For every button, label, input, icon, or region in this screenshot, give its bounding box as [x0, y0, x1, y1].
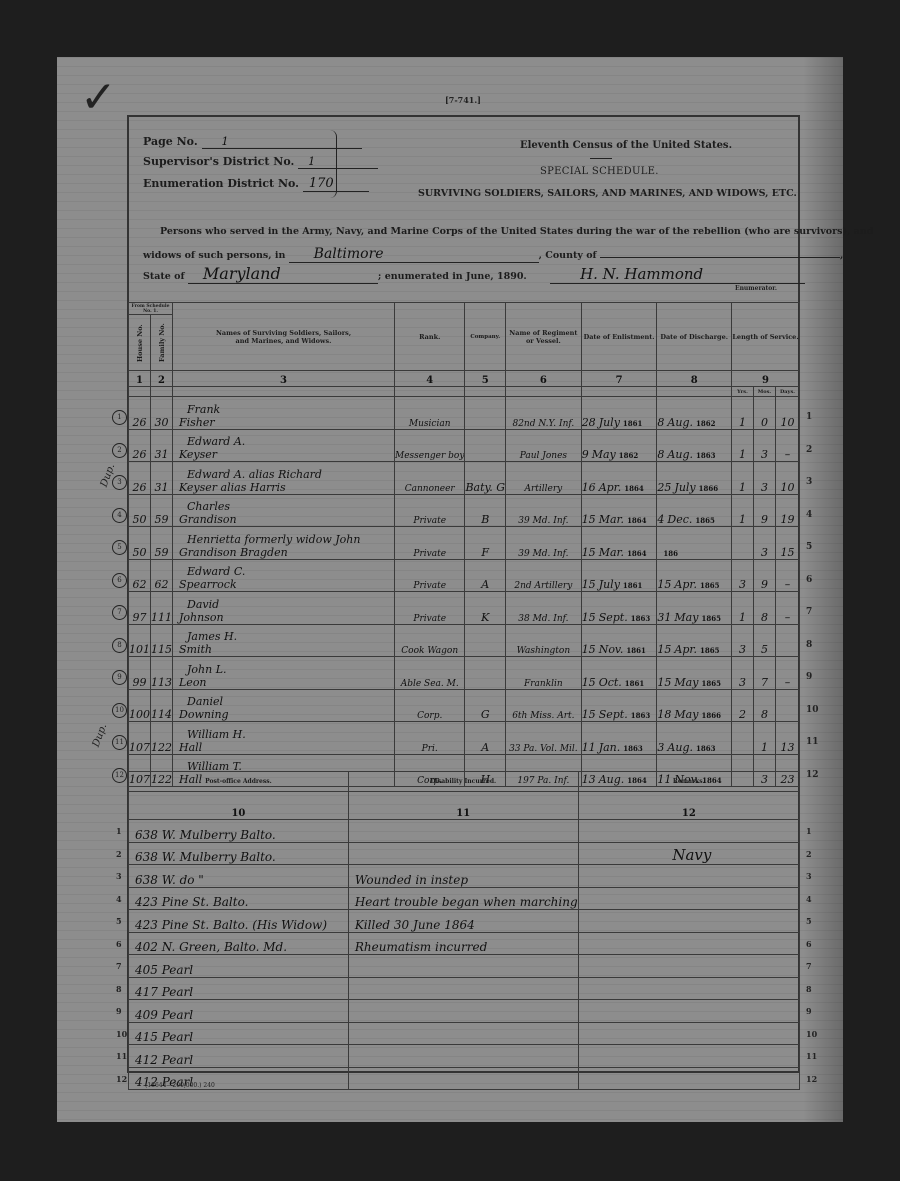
col-num-11: 11 — [348, 792, 578, 820]
enlistment-month: Oct. — [599, 676, 622, 689]
line-number: 3 — [806, 477, 812, 487]
enlistment-year: 1862 — [619, 451, 638, 460]
discharge-year: 1863 — [696, 744, 715, 753]
table-row: 638 W. Mulberry Balto. — [129, 820, 800, 843]
house-no-cell: 50 — [129, 527, 151, 560]
enlistment-cell: 15July1861 — [581, 559, 657, 592]
months-cell: 9 — [753, 559, 775, 592]
given-name: Daniel — [173, 695, 394, 708]
enlistment-month: July — [599, 578, 620, 591]
line-number: 6 — [806, 939, 812, 949]
title-divider — [590, 158, 612, 159]
table-row: 5059CharlesGrandisonPrivateB39 Md. Inf.1… — [129, 494, 800, 527]
days-cell: – — [776, 657, 800, 690]
rank-cell: Private — [395, 494, 465, 527]
col-num-6: 6 — [506, 371, 582, 387]
years-cell: 1 — [731, 429, 753, 462]
given-name: Edward C. — [173, 565, 394, 578]
rank-cell: Cannoneer — [395, 462, 465, 495]
soldiers-table: From Schedule No. 1. Names of Surviving … — [128, 302, 800, 787]
line-number: 2 — [806, 849, 812, 859]
table-row: 402 N. Green, Balto. Md.Rheumatism incur… — [129, 932, 800, 955]
discharge-month: Apr. — [674, 643, 697, 656]
table-row: 2630FrankFisherMusician82nd N.Y. Inf.28J… — [129, 397, 800, 430]
family-no-cell: 31 — [151, 462, 173, 495]
rank-cell: Private — [395, 592, 465, 625]
county-label: , County of — [539, 250, 597, 261]
discharge-month: July — [674, 481, 695, 494]
discharge-month: Aug. — [667, 448, 693, 461]
surname: Grandison Bragden — [173, 546, 394, 559]
discharge-month: Dec. — [667, 513, 692, 526]
table-row: 417 Pearl — [129, 977, 800, 1000]
enlistment-day: 15 — [582, 708, 596, 721]
company-cell — [465, 657, 506, 690]
address-cell: 423 Pine St. Balto. (His Widow) — [129, 910, 349, 933]
table-row: 638 W. Mulberry Balto.Navy — [129, 842, 800, 865]
days-cell: – — [776, 559, 800, 592]
enlistment-month: July — [599, 416, 620, 429]
discharge-header: Date of Discharge. — [657, 303, 732, 371]
enlistment-year: 1864 — [627, 549, 646, 558]
years-cell: 3 — [731, 624, 753, 657]
remarks-cell — [578, 910, 799, 933]
company-cell: G — [465, 689, 506, 722]
disability-cell — [348, 1045, 578, 1068]
surname: Keyser alias Harris — [173, 481, 394, 494]
disability-cell: Rheumatism incurred — [348, 932, 578, 955]
days-cell: 15 — [776, 527, 800, 560]
col-num-12: 12 — [578, 792, 799, 820]
name-cell: DanielDowning — [173, 689, 395, 722]
discharge-month: May — [674, 611, 698, 624]
rank-header: Rank. — [395, 303, 465, 371]
years-cell: 3 — [731, 559, 753, 592]
days-cell: 10 — [776, 397, 800, 430]
enlistment-month: Sept. — [599, 708, 628, 721]
enlistment-month: Nov. — [599, 643, 624, 656]
disability-cell — [348, 977, 578, 1000]
col-num-5: 5 — [465, 371, 506, 387]
given-name: William H. — [173, 728, 394, 741]
enlistment-day: 15 — [582, 611, 596, 624]
disability-cell — [348, 1022, 578, 1045]
address-table: Post-office Address. Disability Incurred… — [128, 771, 800, 1090]
discharge-day: 15 — [657, 676, 671, 689]
months-cell: 5 — [753, 624, 775, 657]
discharge-cell: 8Aug.1863 — [657, 429, 732, 462]
table-row: 5059Henrietta formerly widow JohnGrandis… — [129, 527, 800, 560]
remarks-cell — [578, 1000, 799, 1023]
address-cell: 402 N. Green, Balto. Md. — [129, 932, 349, 955]
table-row: 2631Edward A.KeyserMessenger boyPaul Jon… — [129, 429, 800, 462]
line-number: 12 — [806, 1074, 817, 1084]
address-cell: 415 Pearl — [129, 1022, 349, 1045]
line-number: 8 — [806, 640, 812, 650]
circled-line-number: 4 — [112, 508, 127, 523]
service-header: Length of Service. — [731, 303, 799, 371]
enlistment-header: Date of Enlistment. — [581, 303, 657, 371]
days-cell: – — [776, 429, 800, 462]
days-cell — [776, 689, 800, 722]
remarks-header: Remarks. — [578, 772, 799, 792]
line-number: 11 — [116, 1051, 127, 1061]
enlistment-cell: 15Oct.1861 — [581, 657, 657, 690]
discharge-day: 4 — [657, 513, 664, 526]
enlistment-cell: 15Sept.1863 — [581, 689, 657, 722]
discharge-year: 1865 — [701, 679, 720, 688]
table-row: 638 W. do "Wounded in instep — [129, 865, 800, 888]
days-cell: 10 — [776, 462, 800, 495]
line-number: 7 — [806, 961, 812, 971]
line-number: 1 — [806, 826, 812, 836]
name-cell: Edward A.Keyser — [173, 429, 395, 462]
county-value — [600, 257, 840, 258]
line-number: 11 — [806, 1051, 817, 1061]
page-number-field: Page No. 1 — [143, 135, 362, 149]
months-cell: 9 — [753, 494, 775, 527]
given-name: Frank — [173, 403, 394, 416]
discharge-cell: 31May1865 — [657, 592, 732, 625]
table-row: 101115James H.SmithCook WagonWashington1… — [129, 624, 800, 657]
remarks-cell — [578, 1022, 799, 1045]
address-cell: 638 W. Mulberry Balto. — [129, 820, 349, 843]
line-number: 12 — [116, 1074, 127, 1084]
line-number: 10 — [116, 1029, 127, 1039]
line-number: 5 — [806, 916, 812, 926]
discharge-cell: 15May1865 — [657, 657, 732, 690]
circled-line-number: 2 — [112, 443, 127, 458]
name-cell: Henrietta formerly widow JohnGrandison B… — [173, 527, 395, 560]
enlistment-day: 15 — [582, 578, 596, 591]
surname: Grandison — [173, 513, 394, 526]
family-no-cell: 59 — [151, 527, 173, 560]
col-num-2: 2 — [151, 371, 173, 387]
enlistment-year: 1864 — [627, 516, 646, 525]
discharge-year: 186 — [663, 549, 678, 558]
house-no-cell: 26 — [129, 462, 151, 495]
circled-line-number: 1 — [112, 410, 127, 425]
col-num-1: 1 — [129, 371, 151, 387]
discharge-month: May — [674, 676, 698, 689]
col-num-4: 4 — [395, 371, 465, 387]
discharge-month: Aug. — [667, 741, 693, 754]
table-row: 423 Pine St. Balto. (His Widow)Killed 30… — [129, 910, 800, 933]
line-number: 11 — [806, 737, 819, 747]
name-cell: John L.Leon — [173, 657, 395, 690]
discharge-cell: 18May1866 — [657, 689, 732, 722]
rank-cell: Able Sea. M. — [395, 657, 465, 690]
circled-line-number: 11 — [112, 735, 127, 750]
company-header: Company. — [465, 303, 506, 371]
census-title: Eleventh Census of the United States. — [520, 140, 732, 151]
surname: Hall — [173, 741, 394, 754]
months-cell: 8 — [753, 689, 775, 722]
remarks-cell: Navy — [578, 842, 799, 865]
name-cell: FrankFisher — [173, 397, 395, 430]
company-cell — [465, 397, 506, 430]
address-cell: 417 Pearl — [129, 977, 349, 1000]
discharge-day: 3 — [657, 741, 664, 754]
disability-cell — [348, 955, 578, 978]
line-number: 8 — [116, 984, 122, 994]
discharge-year: 1865 — [700, 581, 719, 590]
regiment-cell: 6th Miss. Art. — [506, 689, 582, 722]
remarks-cell — [578, 865, 799, 888]
discharge-day: 8 — [657, 448, 664, 461]
house-no-cell: 50 — [129, 494, 151, 527]
mos-header: Mos. — [753, 387, 775, 397]
company-cell — [465, 429, 506, 462]
rank-cell: Cook Wagon — [395, 624, 465, 657]
given-name: James H. — [173, 630, 394, 643]
col-num-3: 3 — [173, 371, 395, 387]
enlistment-month: Mar. — [599, 546, 624, 559]
company-cell — [465, 624, 506, 657]
state-label: State of — [143, 271, 185, 282]
line-number: 9 — [806, 672, 812, 682]
discharge-year: 1865 — [701, 614, 720, 623]
remarks-cell — [578, 977, 799, 1000]
surname: Smith — [173, 643, 394, 656]
disability-cell — [348, 1067, 578, 1090]
months-cell: 3 — [753, 429, 775, 462]
enlistment-day: 15 — [582, 643, 596, 656]
days-cell — [776, 624, 800, 657]
discharge-month: Apr. — [674, 578, 697, 591]
house-no-cell: 101 — [129, 624, 151, 657]
surname: Johnson — [173, 611, 394, 624]
house-no-cell: 107 — [129, 722, 151, 755]
years-cell: 2 — [731, 689, 753, 722]
family-no-cell: 62 — [151, 559, 173, 592]
location-line: widows of such persons, in Baltimore, Co… — [143, 246, 843, 263]
line-number: 3 — [116, 871, 122, 881]
discharge-cell: 4Dec.1865 — [657, 494, 732, 527]
family-no-cell: 113 — [151, 657, 173, 690]
line-number: 4 — [806, 510, 812, 520]
disability-cell — [348, 1000, 578, 1023]
table-row: 2631Edward A. alias RichardKeyser alias … — [129, 462, 800, 495]
discharge-year: 1865 — [700, 646, 719, 655]
line-number: 2 — [806, 445, 812, 455]
disability-cell: Wounded in instep — [348, 865, 578, 888]
header-brace — [330, 130, 337, 198]
family-no-cell: 31 — [151, 429, 173, 462]
regiment-cell: Paul Jones — [506, 429, 582, 462]
discharge-cell: 8Aug.1862 — [657, 397, 732, 430]
months-cell: 7 — [753, 657, 775, 690]
rank-cell: Messenger boy — [395, 429, 465, 462]
regiment-cell: 38 Md. Inf. — [506, 592, 582, 625]
table-row: 412 Pearl — [129, 1067, 800, 1090]
name-cell: James H.Smith — [173, 624, 395, 657]
line-number: 10 — [806, 705, 819, 715]
discharge-year: 1863 — [696, 451, 715, 460]
enlistment-cell: 11Jan.1863 — [581, 722, 657, 755]
enlistment-year: 1861 — [623, 581, 642, 590]
family-no-cell: 114 — [151, 689, 173, 722]
line-number: 8 — [806, 984, 812, 994]
line-number: 6 — [806, 575, 812, 585]
col-num-9: 9 — [731, 371, 799, 387]
disability-header: Disability Incurred. — [348, 772, 578, 792]
line-number: 5 — [806, 542, 812, 552]
years-cell: 1 — [731, 462, 753, 495]
disability-cell: Killed 30 June 1864 — [348, 910, 578, 933]
remarks-cell — [578, 820, 799, 843]
regiment-cell: Artillery — [506, 462, 582, 495]
enlistment-month: Jan. — [599, 741, 621, 754]
address-cell: 409 Pearl — [129, 1000, 349, 1023]
remarks-cell — [578, 887, 799, 910]
company-cell: A — [465, 559, 506, 592]
years-cell: 1 — [731, 592, 753, 625]
city-value: Baltimore — [289, 246, 539, 263]
years-cell: 3 — [731, 657, 753, 690]
months-cell: 3 — [753, 527, 775, 560]
surname: Leon — [173, 676, 394, 689]
enlistment-year: 1861 — [626, 646, 645, 655]
discharge-year: 1866 — [699, 484, 718, 493]
yrs-header: Yrs. — [731, 387, 753, 397]
years-cell — [731, 722, 753, 755]
name-cell: DavidJohnson — [173, 592, 395, 625]
enlistment-day: 15 — [582, 513, 596, 526]
line-number: 3 — [806, 871, 812, 881]
given-name: Charles — [173, 500, 394, 513]
table-row: 412 Pearl — [129, 1045, 800, 1068]
enlistment-year: 1861 — [625, 679, 644, 688]
years-cell — [731, 527, 753, 560]
remarks-cell — [578, 932, 799, 955]
months-cell: 3 — [753, 462, 775, 495]
table-row: 100114DanielDowningCorp.G6th Miss. Art.1… — [129, 689, 800, 722]
discharge-cell: 15Apr.1865 — [657, 624, 732, 657]
enlistment-cell: 15Mar.1864 — [581, 527, 657, 560]
house-no-cell: 62 — [129, 559, 151, 592]
line-number: 7 — [116, 961, 122, 971]
enlistment-cell: 15Nov.1861 — [581, 624, 657, 657]
enlistment-cell: 9May1862 — [581, 429, 657, 462]
line-number: 1 — [116, 826, 122, 836]
intro-text: Persons who served in the Army, Navy, an… — [160, 226, 873, 237]
enlistment-year: 1861 — [623, 419, 642, 428]
regiment-cell: 39 Md. Inf. — [506, 527, 582, 560]
from-schedule-header: From Schedule No. 1. — [129, 303, 173, 315]
discharge-cell: 15Apr.1865 — [657, 559, 732, 592]
line-number: 12 — [806, 770, 819, 780]
discharge-day: 18 — [657, 708, 671, 721]
regiment-header: Name of Regiment or Vessel. — [506, 303, 582, 371]
discharge-cell: 3Aug.1863 — [657, 722, 732, 755]
page-number-label: Page No. — [143, 135, 198, 148]
address-header: Post-office Address. — [129, 772, 349, 792]
discharge-day: 31 — [657, 611, 671, 624]
enumeration-district-label: Enumeration District No. — [143, 177, 299, 190]
given-name: Edward A. — [173, 435, 394, 448]
enlistment-month: Mar. — [599, 513, 624, 526]
days-cell: 13 — [776, 722, 800, 755]
company-cell: K — [465, 592, 506, 625]
location-prefix: widows of such persons, in — [143, 250, 285, 261]
discharge-year: 1865 — [695, 516, 714, 525]
years-cell: 1 — [731, 397, 753, 430]
circled-line-number: 10 — [112, 703, 127, 718]
line-number: 5 — [116, 916, 122, 926]
years-cell: 1 — [731, 494, 753, 527]
enlistment-cell: 16Apr.1864 — [581, 462, 657, 495]
table-row: 6262Edward C.SpearrockPrivateA2nd Artill… — [129, 559, 800, 592]
enumerator-signature: H. N. Hammond — [550, 265, 805, 284]
circled-line-number: 5 — [112, 540, 127, 555]
discharge-day: 15 — [657, 578, 671, 591]
enlistment-day: 15 — [582, 676, 596, 689]
line-number: 6 — [116, 939, 122, 949]
family-no-cell: 59 — [151, 494, 173, 527]
regiment-cell: 33 Pa. Vol. Mil. — [506, 722, 582, 755]
table-row: 423 Pine St. Balto.Heart trouble began w… — [129, 887, 800, 910]
address-cell: 423 Pine St. Balto. — [129, 887, 349, 910]
enlistment-year: 1863 — [631, 711, 650, 720]
remarks-cell — [578, 1045, 799, 1068]
family-no-cell: 115 — [151, 624, 173, 657]
rank-cell: Private — [395, 559, 465, 592]
address-cell: 638 W. Mulberry Balto. — [129, 842, 349, 865]
form-code: [7-741.] — [445, 95, 481, 105]
check-mark: ✓ — [80, 72, 117, 123]
regiment-cell: 39 Md. Inf. — [506, 494, 582, 527]
supervisor-district-field: Supervisor's District No. 1 — [143, 155, 378, 169]
house-no-cell: 99 — [129, 657, 151, 690]
enlistment-cell: 28July1861 — [581, 397, 657, 430]
enlistment-year: 1863 — [623, 744, 642, 753]
surname: Spearrock — [173, 578, 394, 591]
line-number: 1 — [806, 412, 812, 422]
regiment-cell: 82nd N.Y. Inf. — [506, 397, 582, 430]
rank-cell: Private — [395, 527, 465, 560]
discharge-cell: 186 — [657, 527, 732, 560]
page-number-value: 1 — [202, 135, 362, 149]
col-num-10: 10 — [129, 792, 349, 820]
col-num-8: 8 — [657, 371, 732, 387]
house-no-cell: 97 — [129, 592, 151, 625]
line-number: 9 — [806, 1006, 812, 1016]
state-value: Maryland — [188, 264, 378, 284]
enlistment-day: 9 — [582, 448, 589, 461]
company-cell: B — [465, 494, 506, 527]
table-row: 97111DavidJohnsonPrivateK38 Md. Inf.15Se… — [129, 592, 800, 625]
enlistment-day: 15 — [582, 546, 596, 559]
enlistment-day: 11 — [582, 741, 596, 754]
given-name: David — [173, 598, 394, 611]
disability-cell — [348, 820, 578, 843]
regiment-cell: Franklin — [506, 657, 582, 690]
discharge-day: 25 — [657, 481, 671, 494]
supervisor-district-label: Supervisor's District No. — [143, 155, 294, 168]
enlistment-day: 16 — [582, 481, 596, 494]
remarks-cell — [578, 955, 799, 978]
supervisor-district-value: 1 — [298, 155, 378, 169]
enumerator-label: Enumerator. — [735, 285, 777, 292]
table-row: 99113John L.LeonAble Sea. M.Franklin15Oc… — [129, 657, 800, 690]
days-header: Days. — [776, 387, 800, 397]
enlistment-day: 28 — [582, 416, 596, 429]
table-row: 107122William H.HallPri.A33 Pa. Vol. Mil… — [129, 722, 800, 755]
family-no-cell: 122 — [151, 722, 173, 755]
schedule-title: SPECIAL SCHEDULE. — [540, 166, 659, 177]
surname: Keyser — [173, 448, 394, 461]
